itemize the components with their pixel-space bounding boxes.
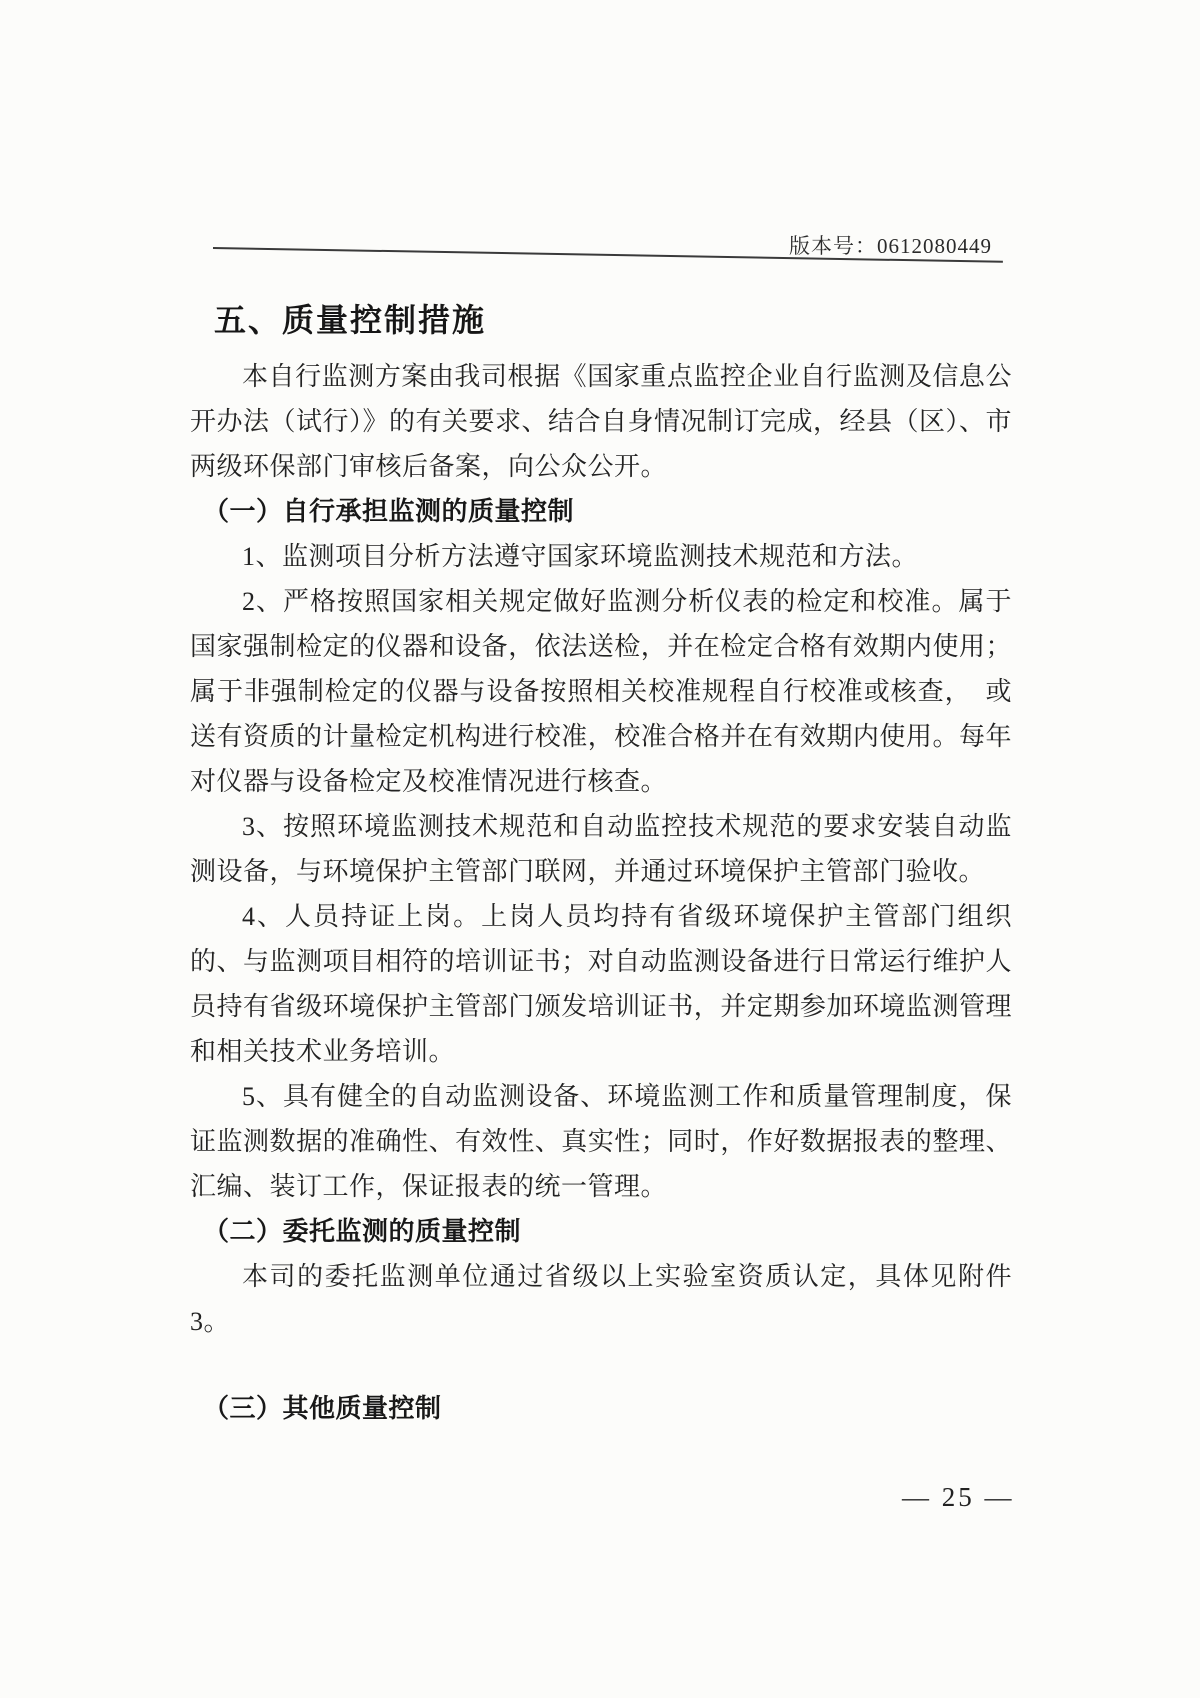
page-title: 五、质量控制措施 [214, 298, 1012, 342]
section-1-heading: （一）自行承担监测的质量控制 [190, 489, 1012, 534]
section-2-paragraph: 本司的委托监测单位通过省级以上实验室资质认定，具体见附件3。 [190, 1254, 1012, 1344]
intro-paragraph: 本自行监测方案由我司根据《国家重点监控企业自行监测及信息公开办法（试行）》的有关… [190, 354, 1012, 489]
page-number: — 25 — [902, 1482, 1015, 1513]
section-1-item-5: 5、具有健全的自动监测设备、环境监测工作和质量管理制度，保证监测数据的准确性、有… [190, 1074, 1012, 1209]
section-2-heading: （二）委托监测的质量控制 [190, 1209, 1012, 1254]
document-body: 五、质量控制措施 本自行监测方案由我司根据《国家重点监控企业自行监测及信息公开办… [190, 298, 1012, 1431]
document-page: 版本号：0612080449 五、质量控制措施 本自行监测方案由我司根据《国家重… [0, 0, 1200, 1698]
section-3-heading: （三）其他质量控制 [190, 1386, 1012, 1431]
version-number: 版本号：0612080449 [789, 230, 992, 260]
section-1-item-1: 1、监测项目分析方法遵守国家环境监测技术规范和方法。 [190, 534, 1012, 579]
section-1-item-4: 4、人员持证上岗。上岗人员均持有省级环境保护主管部门组织的、与监测项目相符的培训… [190, 894, 1012, 1074]
section-1-item-2: 2、严格按照国家相关规定做好监测分析仪表的检定和校准。属于国家强制检定的仪器和设… [190, 579, 1012, 804]
section-1-item-3: 3、按照环境监测技术规范和自动监控技术规范的要求安装自动监测设备，与环境保护主管… [190, 804, 1012, 894]
